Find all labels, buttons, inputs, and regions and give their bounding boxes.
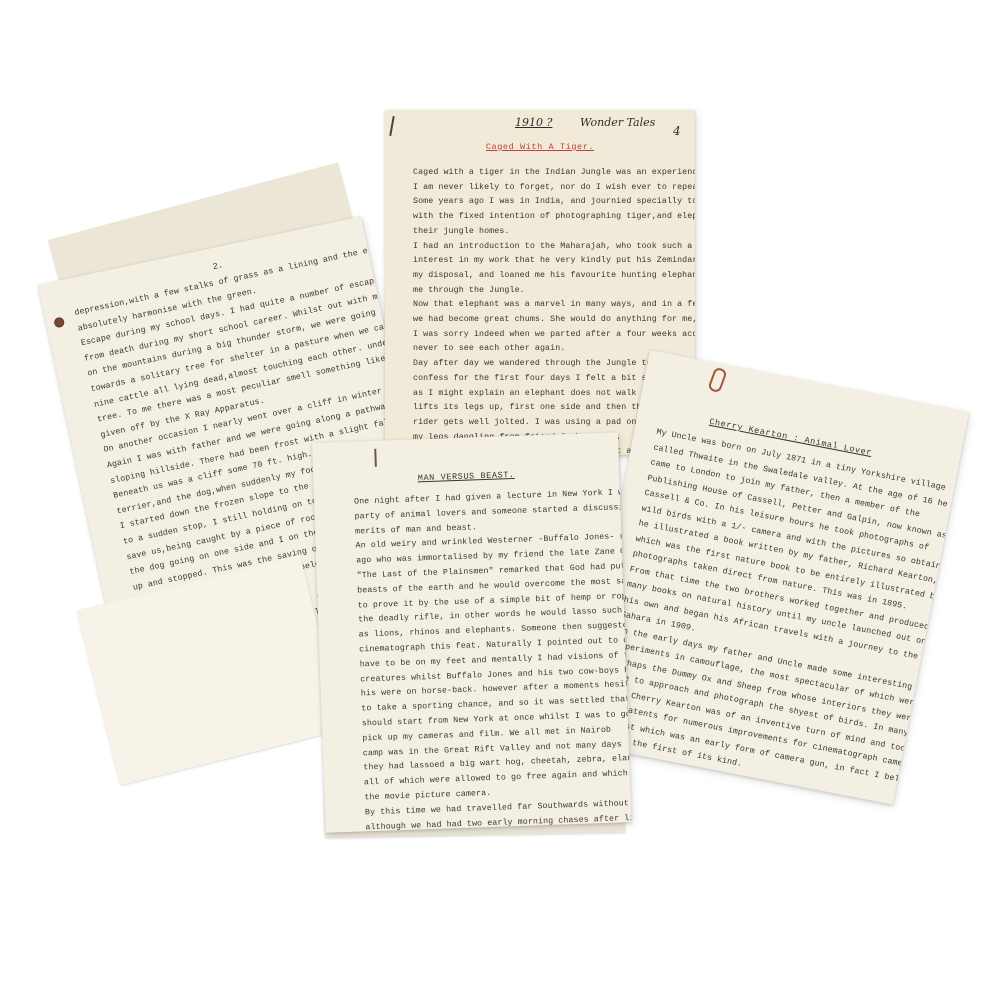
middle-page: MAN VERSUS BEAST. One night after I had …: [312, 432, 631, 832]
top-page-line: we had become great chums. She would do …: [413, 313, 695, 328]
handwritten-page-number: 4: [673, 124, 681, 138]
punch-hole-icon: [53, 316, 65, 328]
top-page-line: I had an introduction to the Maharajah, …: [413, 240, 695, 255]
handwritten-note: Wonder Tales: [580, 116, 655, 129]
top-page-line: with the fixed intention of photographin…: [413, 210, 695, 225]
top-page-line: I am never likely to forget, nor do I wi…: [413, 181, 695, 196]
top-page-line: me through the Jungle.: [413, 284, 695, 299]
right-page-body: My Uncle was born on July 1871 in a tiny…: [590, 425, 955, 805]
top-page-line: Now that elephant was a marvel in many w…: [413, 298, 695, 313]
top-page-line: their jungle homes.: [413, 225, 695, 240]
top-page-title: Caged With A Tiger.: [385, 142, 695, 152]
middle-page-body: One night after I had given a lecture in…: [354, 486, 632, 832]
top-page-line: interest in my work that he very kindly …: [413, 254, 695, 269]
pencil-mark: [389, 116, 394, 136]
top-page-line: I was sorry indeed when we parted after …: [413, 328, 695, 343]
handwritten-date: 1910 ?: [515, 116, 552, 129]
top-page-line: Some years ago I was in India, and journ…: [413, 195, 695, 210]
top-page-line: my disposal, and loaned me his favourite…: [413, 269, 695, 284]
middle-page-title: MAN VERSUS BEAST.: [313, 466, 619, 487]
tear-mark: [374, 449, 377, 467]
top-page-line: Caged with a tiger in the Indian Jungle …: [413, 166, 695, 181]
